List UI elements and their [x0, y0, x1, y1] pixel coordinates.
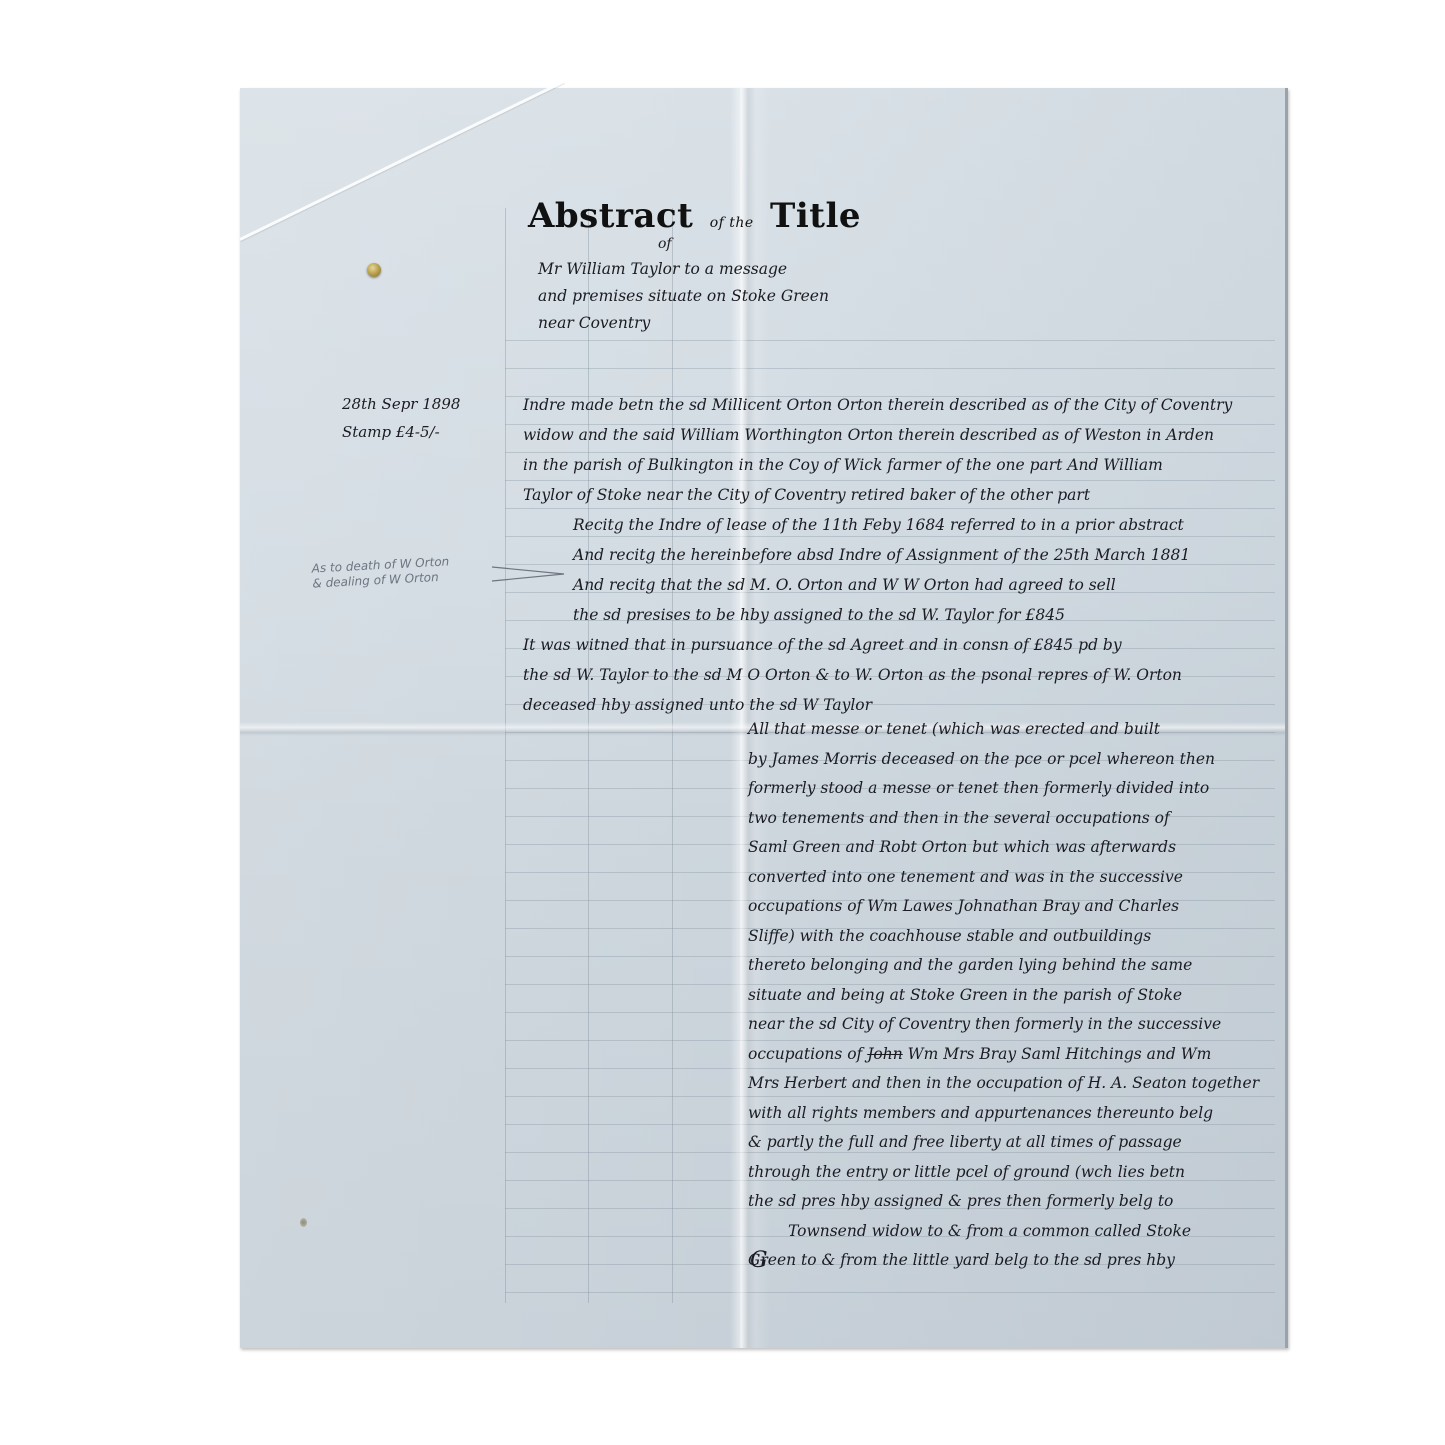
body-line: Recitg the Indre of lease of the 11th Fe…: [523, 510, 1273, 540]
body-line: Mrs Herbert and then in the occupation o…: [748, 1069, 1268, 1099]
document-subtitle: Mr William Taylor to a message and premi…: [538, 256, 958, 337]
body-line: the sd W. Taylor to the sd M O Orton & t…: [523, 660, 1273, 690]
body-line: Green to & from the little yard belg to …: [748, 1246, 1268, 1276]
body-line: near the sd City of Coventry then former…: [748, 1010, 1268, 1040]
line-text: Wm Mrs Bray Saml Hitchings and Wm: [903, 1045, 1212, 1063]
document-sheet: Abstract of the Title of Mr William Tayl…: [240, 88, 1288, 1348]
body-line: two tenements and then in the several oc…: [748, 804, 1268, 834]
body-line: Townsend widow to & from a common called…: [748, 1217, 1268, 1247]
title-word-title: Title: [770, 196, 861, 236]
body-line-with-strikeout: occupations of John Wm Mrs Bray Saml Hit…: [748, 1040, 1268, 1070]
line-text: occupations of: [748, 1045, 867, 1063]
body-line: in the parish of Bulkington in the Coy o…: [523, 450, 1273, 480]
margin-stamp: Stamp £4-5/-: [342, 418, 460, 446]
body-line: through the entry or little pcel of grou…: [748, 1158, 1268, 1188]
body-line: All that messe or tenet (which was erect…: [748, 715, 1268, 745]
ruled-column-line: [672, 208, 673, 1303]
body-line: & partly the full and free liberty at al…: [748, 1128, 1268, 1158]
body-line: Sliffe) with the coachhouse stable and o…: [748, 922, 1268, 952]
body-text-part1: Indre made betn the sd Millicent Orton O…: [523, 390, 1273, 720]
ruled-column-line: [505, 208, 506, 1303]
margin-date: 28th Sepr 1898: [342, 390, 460, 418]
title-of-the: of the: [710, 215, 754, 231]
catchword: G: [750, 1248, 768, 1273]
body-line: Taylor of Stoke near the City of Coventr…: [523, 480, 1273, 510]
subtitle-line: near Coventry: [538, 310, 958, 337]
body-line: And recitg the hereinbefore absd Indre o…: [523, 540, 1273, 570]
title-word-abstract: Abstract: [528, 196, 693, 236]
body-line: Indre made betn the sd Millicent Orton O…: [523, 390, 1273, 420]
body-line: by James Morris deceased on the pce or p…: [748, 745, 1268, 775]
body-line: with all rights members and appurtenance…: [748, 1099, 1268, 1129]
body-line: widow and the said William Worthington O…: [523, 420, 1273, 450]
body-line: the sd pres hby assigned & pres then for…: [748, 1187, 1268, 1217]
body-text-part2: All that messe or tenet (which was erect…: [748, 715, 1268, 1276]
document-title: Abstract of the Title: [528, 196, 861, 236]
body-line: occupations of Wm Lawes Johnathan Bray a…: [748, 892, 1268, 922]
body-line: formerly stood a messe or tenet then for…: [748, 774, 1268, 804]
body-line: It was witned that in pursuance of the s…: [523, 630, 1273, 660]
punch-hole-icon: [300, 1218, 307, 1227]
body-line: the sd presises to be hby assigned to th…: [523, 600, 1273, 630]
body-line: situate and being at Stoke Green in the …: [748, 981, 1268, 1011]
body-line: converted into one tenement and was in t…: [748, 863, 1268, 893]
struck-word: John: [867, 1045, 903, 1063]
body-line: thereto belonging and the garden lying b…: [748, 951, 1268, 981]
body-line: Saml Green and Robt Orton but which was …: [748, 833, 1268, 863]
subtitle-line: and premises situate on Stoke Green: [538, 283, 958, 310]
subtitle-line: Mr William Taylor to a message: [538, 256, 958, 283]
title-of: of: [658, 236, 672, 252]
margin-notes: 28th Sepr 1898 Stamp £4-5/-: [342, 390, 460, 446]
brass-fastener-icon: [367, 263, 381, 277]
body-line: And recitg that the sd M. O. Orton and W…: [523, 570, 1273, 600]
ruled-column-line: [588, 208, 589, 1303]
